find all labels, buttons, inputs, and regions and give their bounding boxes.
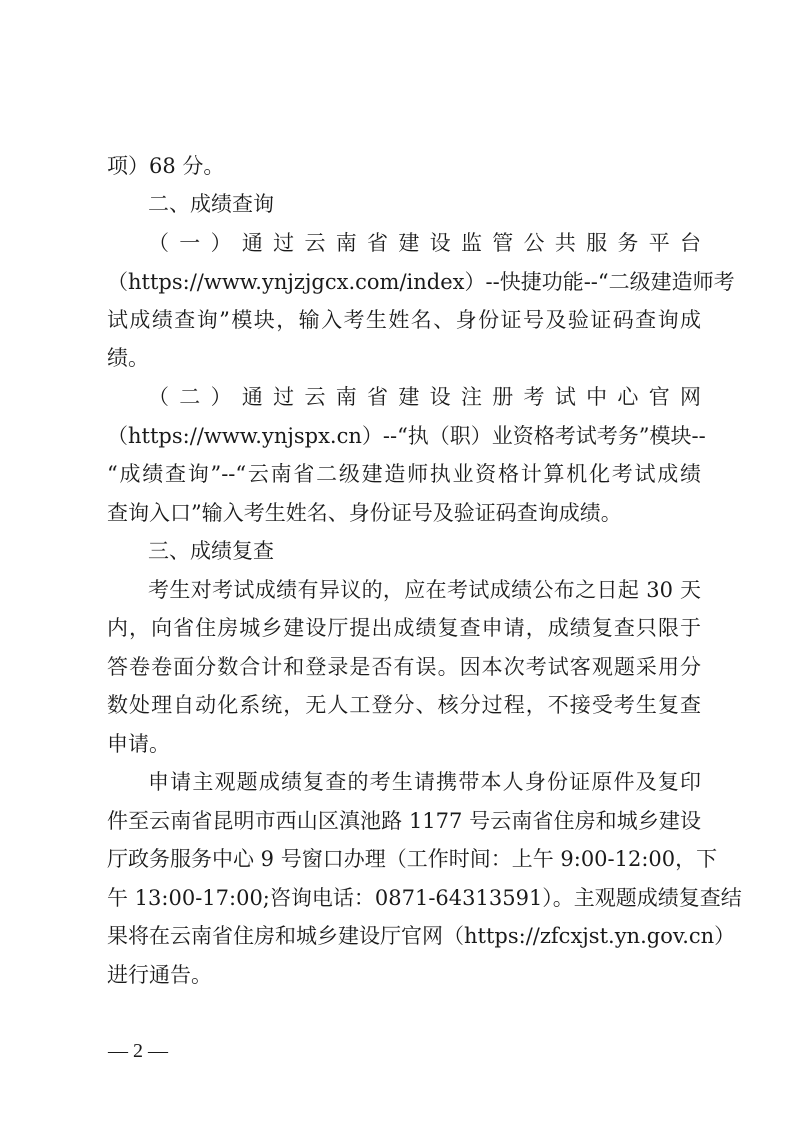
text-line: 果将在云南省住房和城乡建设厅官网（https://zfcxjst.yn.gov.… bbox=[107, 923, 701, 949]
document-page: 项）68 分。二、成绩查询（一）通过云南省建设监管公共服务平台（https://… bbox=[0, 0, 793, 1122]
section-heading: 三、成绩复查 bbox=[148, 538, 701, 564]
text-line: 查询入口”输入考生姓名、身份证号及验证码查询成绩。 bbox=[107, 500, 701, 526]
text-line: 答卷卷面分数合计和登录是否有误。因本次考试客观题采用分 bbox=[107, 654, 701, 680]
text-line: 进行通告。 bbox=[107, 962, 701, 988]
text-line: 内，向省住房城乡建设厅提出成绩复查申请，成绩复查只限于 bbox=[107, 615, 701, 641]
text-line: 试成绩查询”模块，输入考生姓名、身份证号及验证码查询成 bbox=[107, 307, 701, 333]
text-line: 申请主观题成绩复查的考生请携带本人身份证原件及复印 bbox=[148, 769, 701, 795]
text-line: （二）通过云南省建设注册考试中心官网 bbox=[148, 384, 701, 410]
text-line: （https://www.ynjzjgcx.com/index）--快捷功能--… bbox=[107, 269, 701, 295]
text-line: 数处理自动化系统，无人工登分、核分过程，不接受考生复查 bbox=[107, 692, 701, 718]
section-heading: 二、成绩查询 bbox=[148, 191, 701, 217]
text-line: 厅政务服务中心 9 号窗口办理（工作时间：上午 9:00-12:00，下 bbox=[107, 846, 701, 872]
page-number: — 2 — bbox=[108, 1040, 168, 1063]
text-line: 件至云南省昆明市西山区滇池路 1177 号云南省住房和城乡建设 bbox=[107, 808, 701, 834]
text-line: （https://www.ynjspx.cn）--“执（职）业资格考试考务”模块… bbox=[107, 423, 701, 449]
text-line: 申请。 bbox=[107, 731, 701, 757]
text-line: “成绩查询”--“云南省二级建造师执业资格计算机化考试成绩 bbox=[107, 461, 701, 487]
text-line: 绩。 bbox=[107, 345, 701, 371]
text-line: 考生对考试成绩有异议的，应在考试成绩公布之日起 30 天 bbox=[148, 577, 701, 603]
text-line: （一）通过云南省建设监管公共服务平台 bbox=[148, 230, 701, 256]
text-line: 项）68 分。 bbox=[107, 153, 701, 179]
text-line: 午 13:00-17:00;咨询电话：0871-64313591）。主观题成绩复… bbox=[107, 885, 701, 911]
